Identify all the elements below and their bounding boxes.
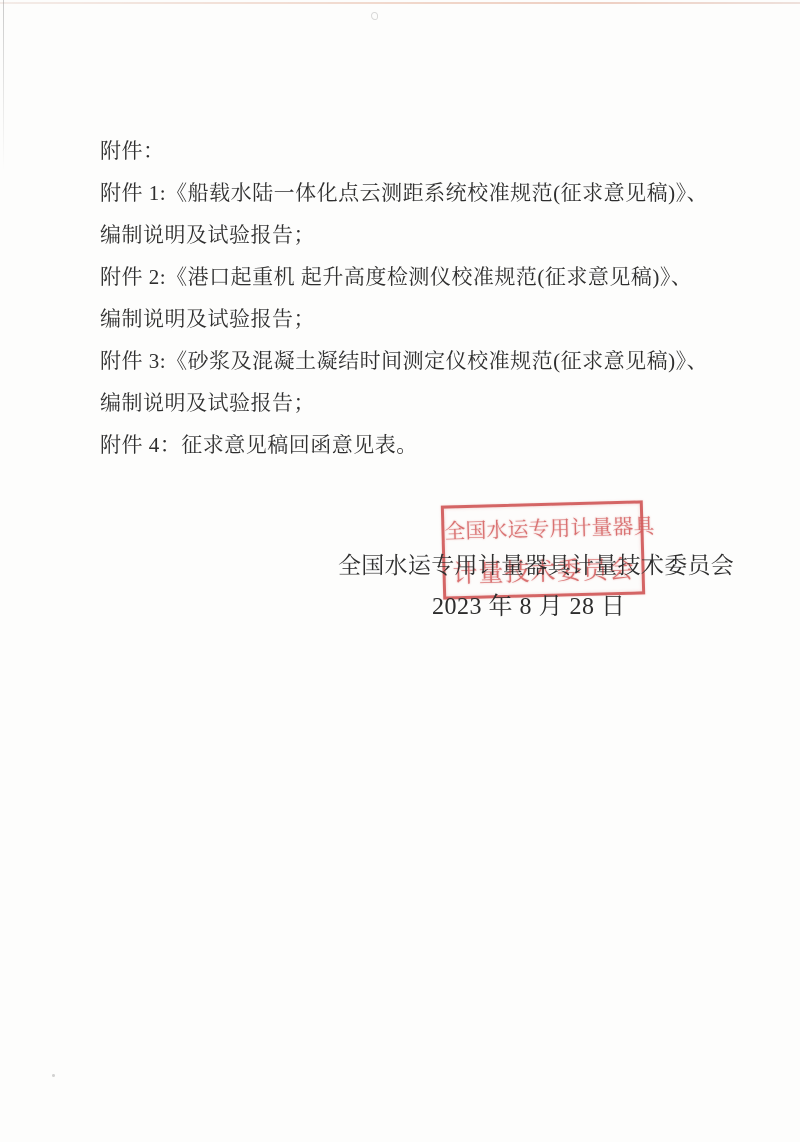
document-date: 2023 年 8 月 28 日 <box>432 586 626 621</box>
scan-left-edge-artifact <box>3 0 4 170</box>
attachment-2-continuation-line: 编制说明及试验报告； <box>100 298 750 340</box>
attachment-3-continuation-line: 编制说明及试验报告； <box>100 382 750 424</box>
attachment-4-line: 附件 4：征求意见稿回函意见表。 <box>100 424 750 466</box>
attachment-3-title-line: 附件 3:《砂浆及混凝土凝结时间测定仪校准规范(征求意见稿)》、 <box>100 340 750 382</box>
scanned-document-page: 附件： 附件 1:《船载水陆一体化点云测距系统校准规范(征求意见稿)》、 编制说… <box>0 0 800 1142</box>
attachment-1-continuation-line: 编制说明及试验报告； <box>100 214 750 256</box>
scan-speck <box>52 1074 55 1077</box>
stamp-text-line-1: 全国水运专用计量器具 <box>444 510 641 545</box>
attachment-list: 附件： 附件 1:《船载水陆一体化点云测距系统校准规范(征求意见稿)》、 编制说… <box>100 130 750 466</box>
committee-signature: 全国水运专用计量器具计量技术委员会 <box>338 547 734 580</box>
attachments-heading: 附件： <box>100 130 750 172</box>
scan-speck <box>371 12 378 20</box>
attachment-1-title-line: 附件 1:《船载水陆一体化点云测距系统校准规范(征求意见稿)》、 <box>100 172 750 214</box>
scan-top-edge-artifact <box>0 2 800 4</box>
attachment-2-title-line: 附件 2:《港口起重机 起升高度检测仪校准规范(征求意见稿)》、 <box>100 256 750 298</box>
